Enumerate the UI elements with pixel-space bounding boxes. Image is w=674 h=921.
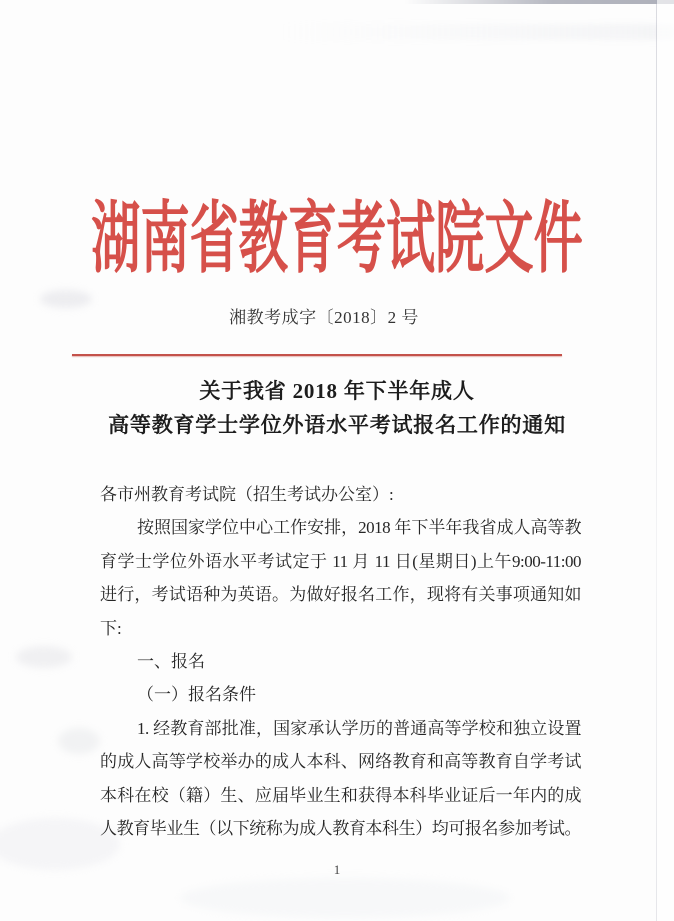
scanned-document-page: 湖南省教育考试院文件 湘教考成字〔2018〕2 号 关于我省 2018 年下半年… [0, 0, 674, 921]
page-number: 1 [0, 862, 674, 878]
notice-title-line1: 关于我省 2018 年下半年成人 [0, 374, 674, 408]
body-line: 进行，考试语种为英语。为做好报名工作，现将有关事项通知如 [100, 578, 581, 611]
scan-smudge [16, 646, 72, 668]
body-line: 下: [100, 612, 581, 645]
body-line-salutation: 各市州教育考试院（招生考试办公室）: [100, 478, 581, 511]
scan-light-band [280, 24, 674, 40]
agency-banner-text: 湖南省教育考试院文件 [91, 196, 582, 282]
scan-smudge [58, 728, 100, 754]
document-body: 各市州教育考试院（招生考试办公室）: 按照国家学位中心工作安排，2018 年下半… [100, 478, 581, 845]
agency-banner: 湖南省教育考试院文件 [0, 196, 674, 282]
scan-smudge [180, 878, 510, 918]
body-line: 的成人高等学校举办的成人本科、网络教育和高等教育自学考试 [100, 745, 581, 778]
body-line: 1. 经教育部批准，国家承认学历的普通高等学校和独立设置 [100, 712, 581, 745]
body-line: 育学士学位外语水平考试定于 11 月 11 日(星期日)上午9:00-11:00 [100, 545, 581, 578]
section-heading: 一、报名 [100, 645, 581, 678]
red-divider-rule [72, 354, 562, 356]
notice-title-line2: 高等教育学士学位外语水平考试报名工作的通知 [0, 408, 674, 442]
scan-right-margin [657, 0, 674, 921]
subsection-heading: （一）报名条件 [100, 678, 581, 711]
doc-number: 湘教考成字〔2018〕2 号 [0, 303, 648, 328]
body-line: 人教育毕业生（以下统称为成人教育本科生）均可报名参加考试。 [100, 812, 581, 845]
body-line: 本科在校（籍）生、应届毕业生和获得本科毕业证后一年内的成 [100, 779, 581, 812]
scan-top-edge-shadow [404, 0, 674, 4]
body-line: 按照国家学位中心工作安排，2018 年下半年我省成人高等教 [100, 511, 581, 544]
notice-title: 关于我省 2018 年下半年成人 高等教育学士学位外语水平考试报名工作的通知 [0, 374, 674, 442]
